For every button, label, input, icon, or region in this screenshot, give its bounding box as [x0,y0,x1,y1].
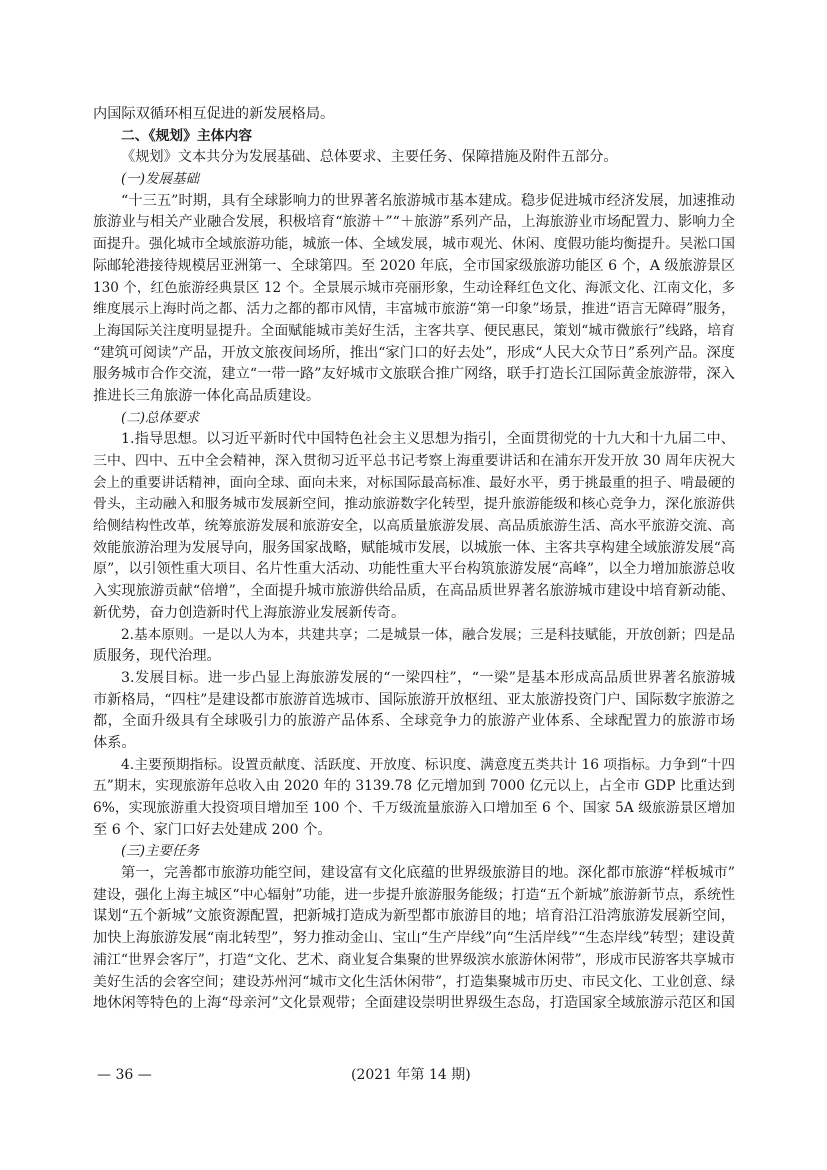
text-line: 三中、四中、五中全会精神，深入贯彻习近平总书记考察上海重要讲话和在浦东开发开放 … [93,451,735,473]
document-body: 内国际双循环相互促进的新发展格局。 二、《规划》主体内容 《规划》文本共分为发展… [93,104,735,1015]
subsection-heading: (二)总体要求 [93,408,735,430]
text-line: 服务城市合作交流，建立“一带一路”友好城市文旅联合推广网络，联手打造长江国际黄金… [93,364,735,386]
text-line: 至 6 个、家门口好去处建成 200 个。 [93,820,735,842]
text-line: 6%，实现旅游重大投资项目增加至 100 个、千万级流量旅游入口增加至 6 个、… [93,798,735,820]
paragraph-start: “十三五”时期，具有全球影响力的世界著名旅游城市基本建成。稳步促进城市经济发展，… [93,191,735,213]
text-line: 效能旅游治理为发展导向，服务国家战略，赋能城市发展，以城旅一体、主客共享构建全域… [93,538,735,560]
text-line: 浦江“世界会客厅”，打造“文化、艺术、商业复合集聚的世界级滨水旅游休闲带”，形成… [93,950,735,972]
text-line: 旅游业与相关产业融合发展，积极培育“旅游＋”“＋旅游”系列产品，上海旅游业市场配… [93,212,735,234]
text-line: 际邮轮港接待规模居亚洲第一、全球第四。至 2020 年底，全市国家级旅游功能区 … [93,256,735,278]
page-number: — 36 — [97,1064,152,1086]
text-line: 都，全面升级具有全球吸引力的旅游产品体系、全球竞争力的旅游产业体系、全球配置力的… [93,711,735,733]
section-heading: 二、《规划》主体内容 [93,126,735,148]
text-line: 五”期末，实现旅游年总收入由 2020 年的 3139.78 亿元增加到 700… [93,776,735,798]
text-line: 新优势，奋力创造新时代上海旅游业发展新传奇。 [93,603,735,625]
text-line: 130 个，红色旅游经典景区 12 个。全景展示城市亮丽形象，生动诠释红色文化、… [93,278,735,300]
text-line: 地休闲等特色的上海“母亲河”文化景观带；全面建设崇明世界级生态岛，打造国家全域旅… [93,993,735,1015]
page-footer: — 36 — (2021 年第 14 期) [93,1064,735,1086]
text-line: 上海国际关注度明显提升。全面赋能城市美好生活，主客共享、便民惠民，策划“城市微旅… [93,321,735,343]
text-line: 给侧结构性改革，统筹旅游发展和旅游安全，以高质量旅游发展、高品质旅游生活、高水平… [93,516,735,538]
text-line: 建设，强化上海主城区“中心辐射”功能，进一步提升旅游服务能级；打造“五个新城”旅… [93,885,735,907]
subsection-heading: (三)主要任务 [93,841,735,863]
paragraph-start: 3.发展目标。进一步凸显上海旅游发展的“一梁四柱”，“一梁”是基本形成高品质世界… [93,668,735,690]
text-line: 骨头，主动融入和服务城市发展新空间，推动旅游数字化转型，提升旅游能级和核心竞争力… [93,494,735,516]
paragraph-start: 2.基本原则。一是以人为本，共建共享；二是城景一体，融合发展；三是科技赋能，开放… [93,625,735,647]
paragraph-start: 第一，完善都市旅游功能空间，建设富有文化底蕴的世界级旅游目的地。深化都市旅游“样… [93,863,735,885]
issue-label: (2021 年第 14 期) [351,1064,471,1086]
text-line: 谋划“五个新城”文旅资源配置，把新城打造成为新型都市旅游目的地；培育沿江沿湾旅游… [93,906,735,928]
text-line: 推进长三角旅游一体化高品质建设。 [93,386,735,408]
text-line: 美好生活的会客空间；建设苏州河“城市文化生活休闲带”，打造集聚城市历史、市民文化… [93,972,735,994]
text-line: 加快上海旅游发展“南北转型”，努力推动金山、宝山“生产岸线”向“生活岸线”“生态… [93,928,735,950]
text-line: 原”，以引领性重大项目、名片性重大活动、功能性重大平台构筑旅游发展“高峰”，以全… [93,559,735,581]
text-line: 《规划》文本共分为发展基础、总体要求、主要任务、保障措施及附件五部分。 [93,147,735,169]
text-line: “建筑可阅读”产品，开放文旅夜间场所，推出“家门口的好去处”，形成“人民大众节日… [93,343,735,365]
paragraph-start: 1.指导思想。以习近平新时代中国特色社会主义思想为指引，全面贯彻党的十九大和十九… [93,429,735,451]
paragraph-start: 4.主要预期指标。设置贡献度、活跃度、开放度、标识度、满意度五类共计 16 项指… [93,755,735,777]
text-line: 会上的重要讲话精神，面向全球、面向未来，对标国际最高标准、最好水平，勇于挑最重的… [93,473,735,495]
subsection-heading: (一)发展基础 [93,169,735,191]
text-line: 内国际双循环相互促进的新发展格局。 [93,104,735,126]
text-line: 入实现旅游贡献“倍增”，全面提升城市旅游供给品质，在高品质世界著名旅游城市建设中… [93,581,735,603]
text-line: 市新格局，“四柱”是建设都市旅游首选城市、国际旅游开放枢纽、亚太旅游投资门户、国… [93,690,735,712]
text-line: 维度展示上海时尚之都、活力之都的都市风情，丰富城市旅游“第一印象”场景，推进“语… [93,299,735,321]
text-line: 体系。 [93,733,735,755]
text-line: 质服务，现代治理。 [93,646,735,668]
text-line: 面提升。强化城市全域旅游功能，城旅一体、全域发展，城市观光、休闲、度假功能均衡提… [93,234,735,256]
